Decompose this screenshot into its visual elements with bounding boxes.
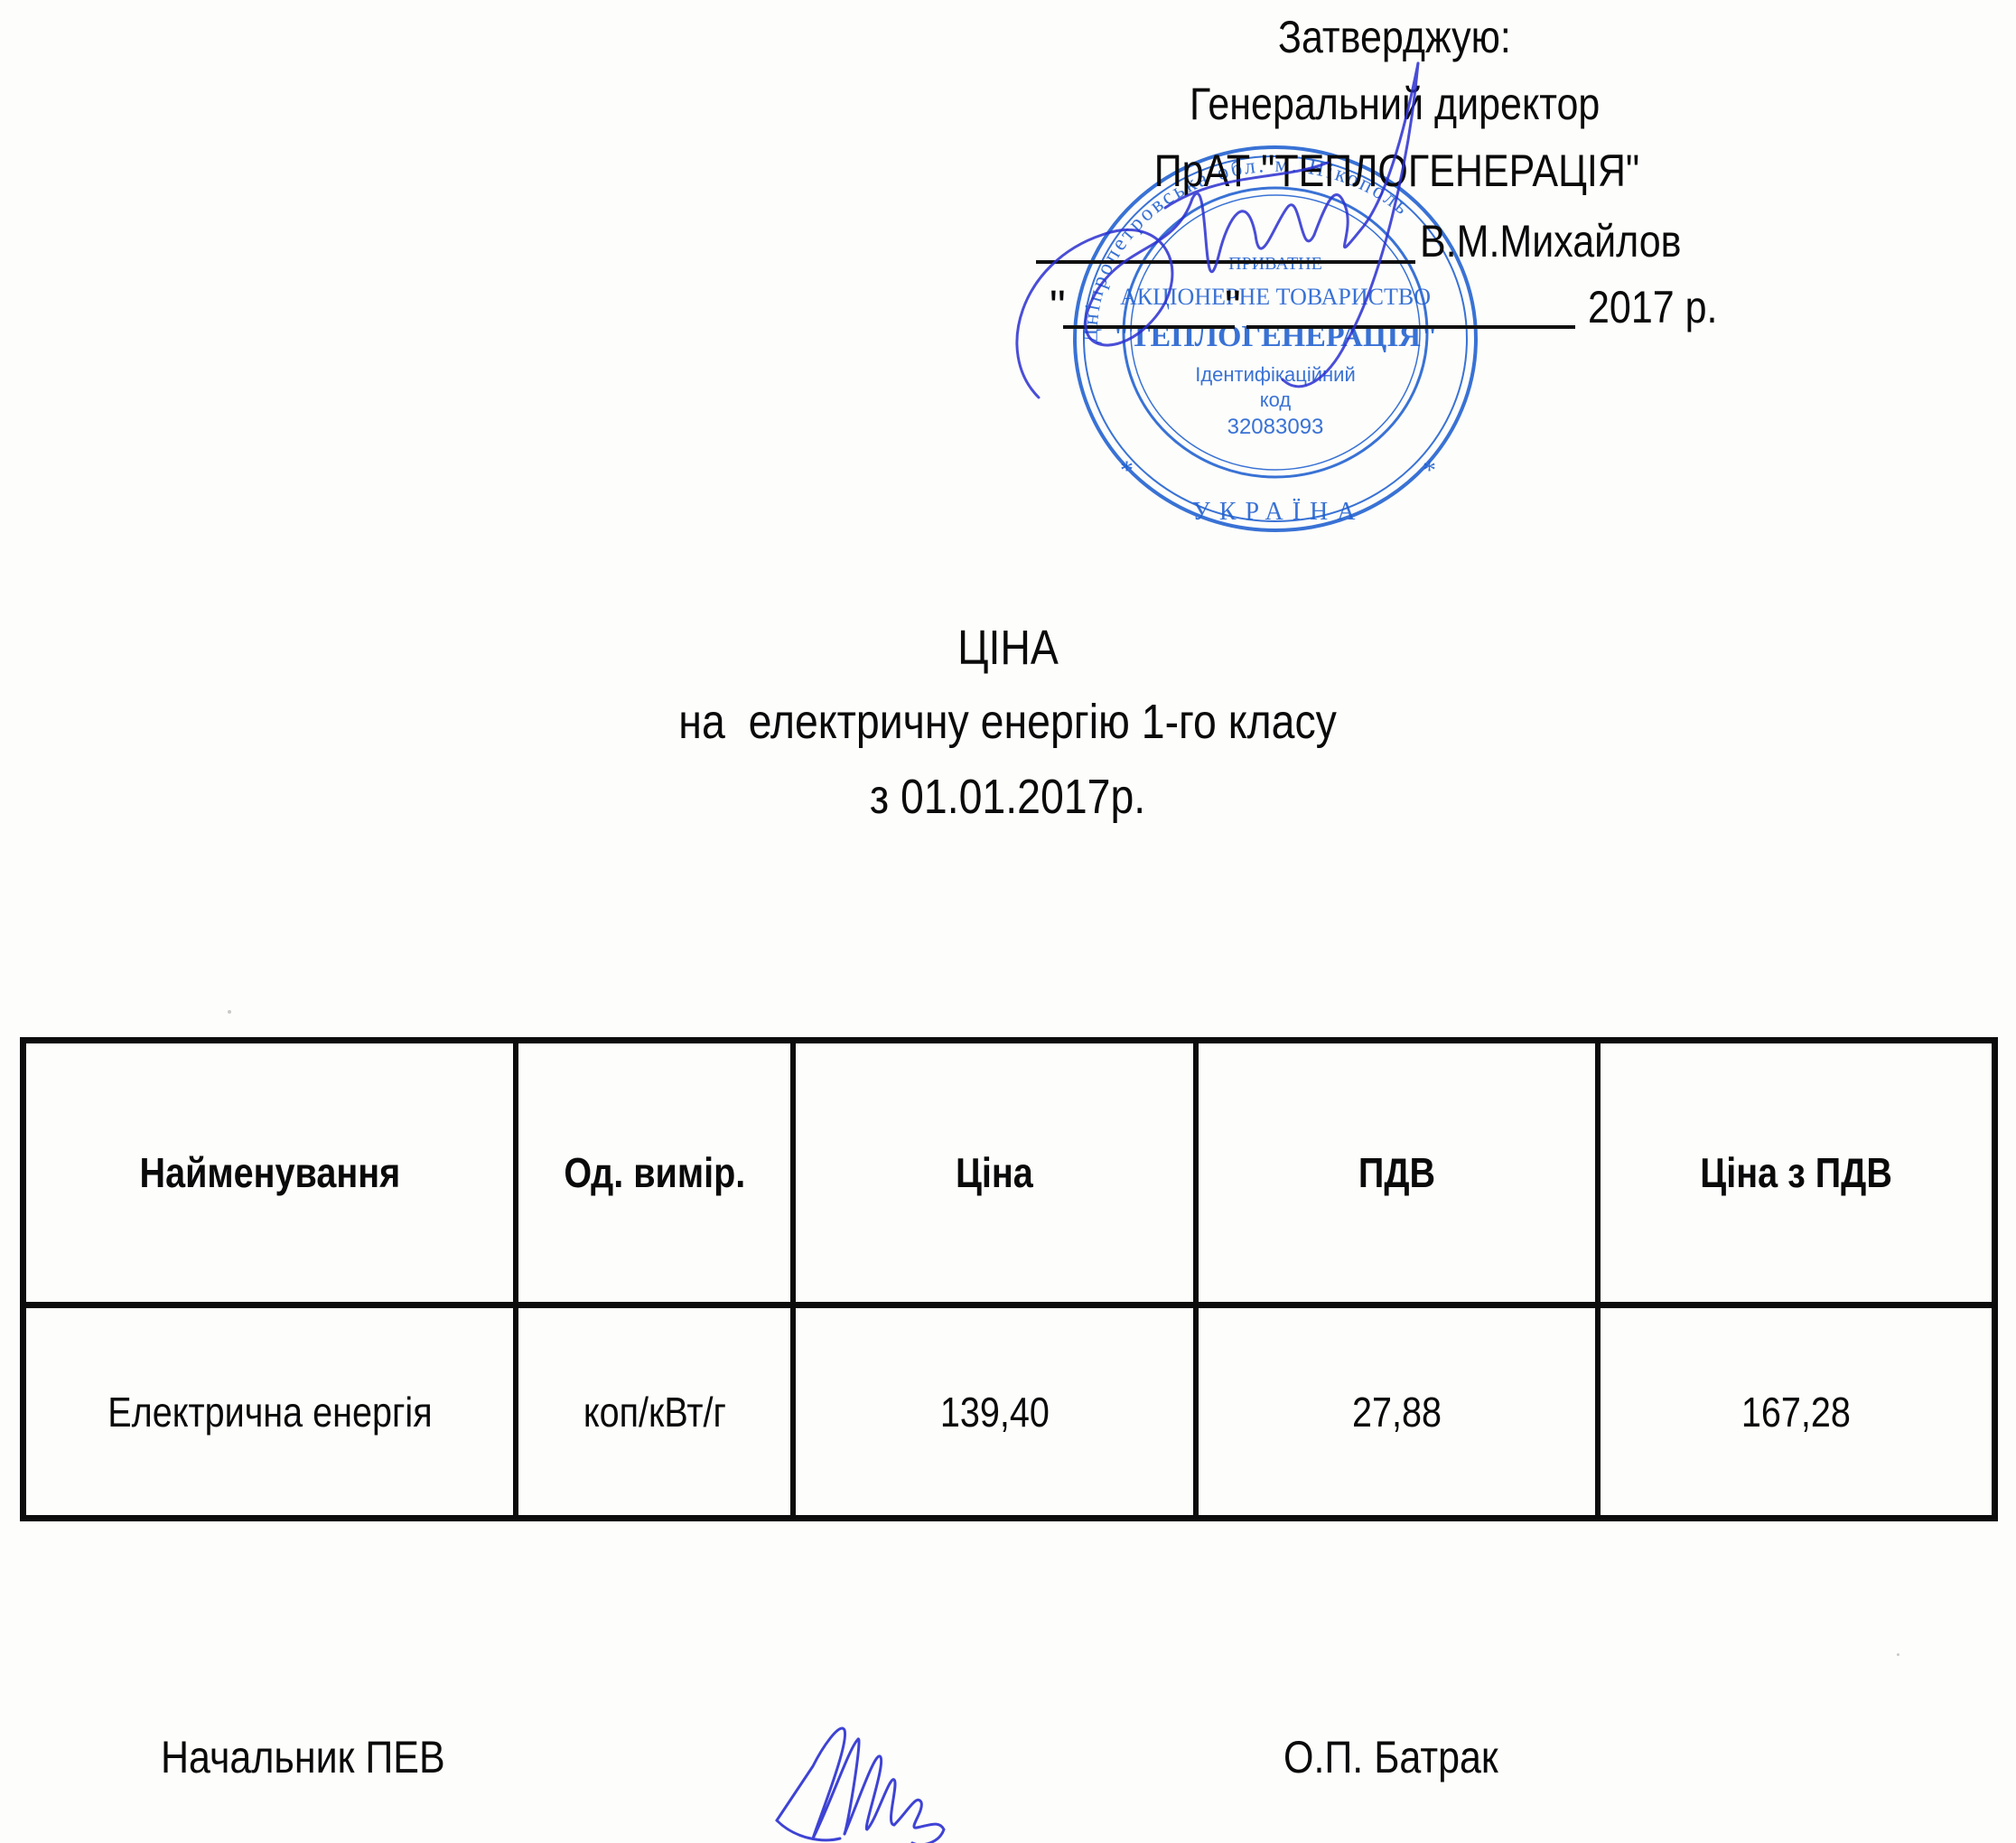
- header-name: Найменування: [26, 1043, 518, 1308]
- approval-label: Затверджую:: [1250, 14, 1539, 60]
- cell-price: 139,40: [796, 1308, 1199, 1515]
- header-price: Ціна: [796, 1043, 1199, 1308]
- stamp-country: УКРАЇНА: [1192, 498, 1364, 526]
- header-vat: ПДВ: [1199, 1043, 1601, 1308]
- header-price-with-vat: Ціна з ПДВ: [1601, 1043, 1992, 1308]
- scan-speck: [228, 1010, 231, 1014]
- cell-vat: 27,88: [1199, 1308, 1601, 1515]
- footer-position: Начальник ПЕВ: [161, 1735, 491, 1780]
- head-signature: [759, 1712, 975, 1843]
- footer-name: О.П. Батрак: [1283, 1735, 1533, 1780]
- director-signature: [985, 54, 1490, 443]
- approval-year: 2017 р.: [1588, 285, 1739, 330]
- document-subtitle: на електричну енергію 1-го класу: [0, 697, 2016, 746]
- svg-text:*: *: [1120, 455, 1134, 485]
- document-title: ЦІНА: [0, 623, 2016, 672]
- price-table: Найменування Од. вимір. Ціна ПДВ Ціна з …: [20, 1037, 1998, 1521]
- cell-unit: коп/кВт/г: [518, 1308, 796, 1515]
- cell-name: Електрична енергія: [26, 1308, 518, 1515]
- effective-date: з 01.01.2017р.: [0, 772, 2016, 821]
- header-unit: Од. вимір.: [518, 1043, 796, 1308]
- scan-speck: [1897, 1653, 1899, 1656]
- cell-price-with-vat: 167,28: [1601, 1308, 1992, 1515]
- svg-text:*: *: [1423, 455, 1436, 485]
